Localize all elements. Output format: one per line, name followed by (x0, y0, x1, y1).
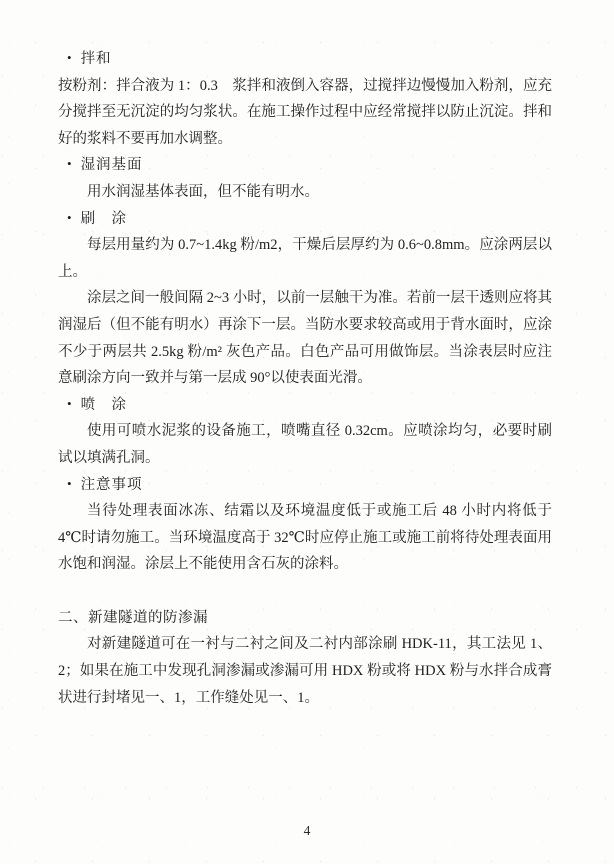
bullet-item-spray-coating: • 喷 涂 (58, 392, 552, 419)
paragraph: 涂层之间一般间隔 2~3 小时，以前一层触干为准。若前一层干透则应将其润湿后（但… (58, 285, 552, 391)
bullet-label: 拌和 (81, 46, 112, 73)
paragraph: 按粉剂：拌合液为 1：0.3 浆拌和液倒入容器，过搅拌边慢慢加入粉剂，应充分搅拌… (58, 73, 552, 153)
bullet-item-precautions: • 注意事项 (58, 472, 552, 499)
paragraph: 用水润湿基体表面，但不能有明水。 (58, 179, 552, 206)
bullet-label: 刷 涂 (81, 206, 128, 233)
bullet-icon: • (67, 151, 72, 178)
bullet-icon: • (67, 391, 72, 418)
bullet-label: 喷 涂 (81, 392, 128, 419)
section-heading-new-tunnel: 二、新建隧道的防渗漏 (58, 605, 552, 632)
bullet-icon: • (67, 45, 72, 72)
bullet-label: 湿润基面 (81, 152, 143, 179)
bullet-item-wet-substrate: • 湿润基面 (58, 152, 552, 179)
page-number: 4 (0, 818, 614, 845)
paragraph: 使用可喷水泥浆的设备施工，喷嘴直径 0.32cm。应喷涂均匀，必要时刷试以填满孔… (58, 418, 552, 471)
bullet-icon: • (67, 205, 72, 232)
paragraph: 当待处理表面冰冻、结霜以及环境温度低于或施工后 48 小时内将低于 4℃时请勿施… (58, 498, 552, 578)
bullet-label: 注意事项 (81, 472, 143, 499)
bullet-icon: • (67, 471, 72, 498)
scanned-document-page: • 拌和 按粉剂：拌合液为 1：0.3 浆拌和液倒入容器，过搅拌边慢慢加入粉剂，… (0, 0, 614, 864)
bullet-item-mixing: • 拌和 (58, 46, 552, 73)
document-content: • 拌和 按粉剂：拌合液为 1：0.3 浆拌和液倒入容器，过搅拌边慢慢加入粉剂，… (58, 46, 552, 711)
paragraph: 对新建隧道可在一衬与二衬之间及二衬内部涂刷 HDK-11，其工法见 1、2；如果… (58, 631, 552, 711)
paragraph: 每层用量约为 0.7~1.4kg 粉/m2，干燥后层厚约为 0.6~0.8mm。… (58, 232, 552, 285)
bullet-item-brush-coating: • 刷 涂 (58, 206, 552, 233)
